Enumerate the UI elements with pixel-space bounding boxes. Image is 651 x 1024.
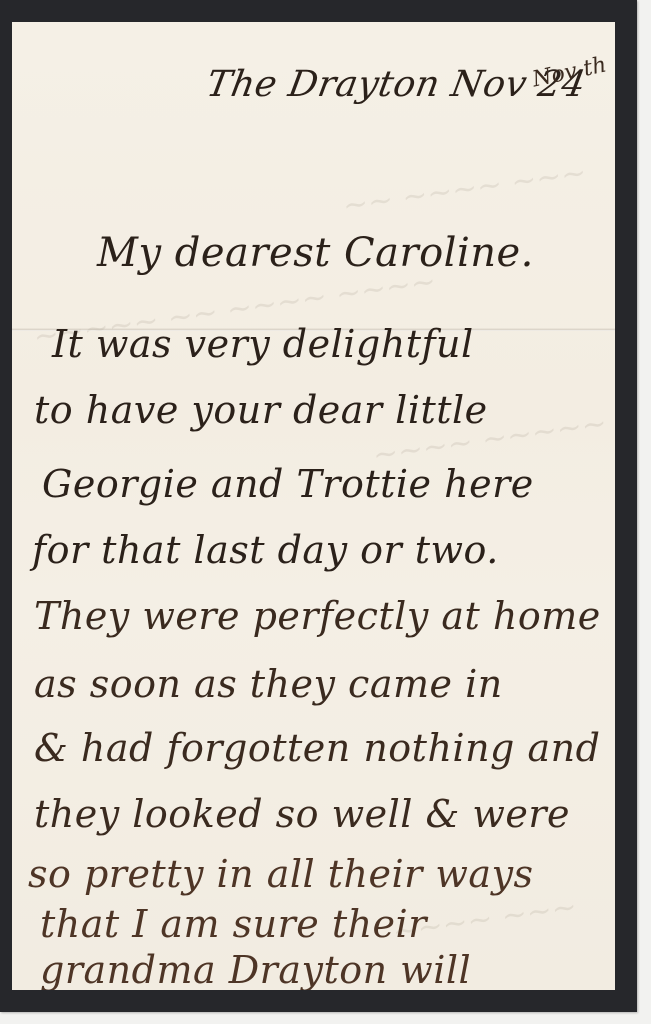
- letter-body-line: Georgie and Trottie here: [42, 462, 534, 506]
- letter-body-line: as soon as they came in: [34, 662, 503, 706]
- letter-body-line: to have your dear little: [34, 388, 488, 432]
- letter-body-line: It was very delightful: [52, 322, 474, 366]
- bleed-through-text: ~~ ~~~~ ~~~: [341, 155, 589, 224]
- letter-body-line: & had forgotten nothing and: [34, 726, 600, 770]
- letter-salutation: My dearest Caroline.: [97, 230, 534, 276]
- letter-body-line: so pretty in all their ways: [28, 852, 534, 896]
- letter-body-line: they looked so well & were: [34, 792, 570, 836]
- letter-body-line: for that last day or two.: [32, 528, 499, 572]
- letter-body-line: grandma Drayton will: [40, 948, 471, 990]
- letter-body-line: that I am sure their: [40, 902, 427, 946]
- letter-body-line: They were perfectly at home: [34, 594, 601, 638]
- dark-mount-border: ~~ ~~~~ ~~~ ~~~~~ ~~ ~~~~ ~~~~ ~~~~ ~~~~…: [0, 0, 637, 1012]
- letter-page: ~~ ~~~~ ~~~ ~~~~~ ~~ ~~~~ ~~~~ ~~~~ ~~~~…: [12, 22, 615, 990]
